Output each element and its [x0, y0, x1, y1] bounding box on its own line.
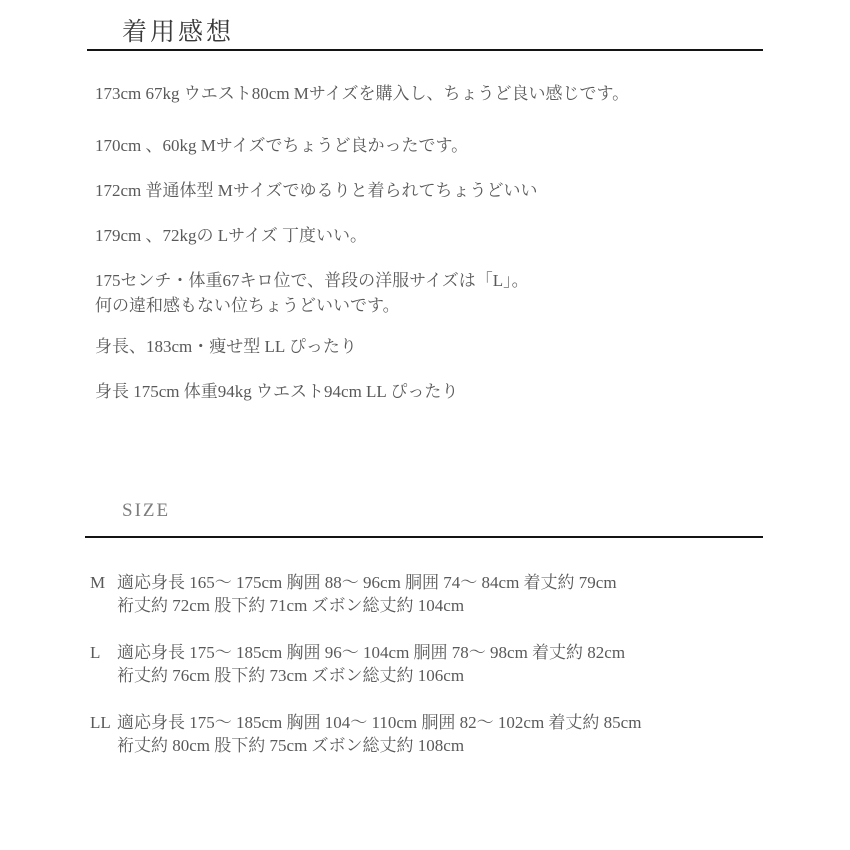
size-row-ll: LL 適応身長 175～ 185cm 胸囲 104～ 110cm 胴囲 82～ …: [90, 711, 780, 757]
size-row-label: L: [90, 641, 117, 687]
product-size-review-page: 着用感想 173cm 67kg ウエスト80cm Mサイズを購入し、ちょうど良い…: [0, 0, 850, 850]
size-spec-line: 適応身長 175～ 185cm 胸囲 96～ 104cm 胴囲 78～ 98cm…: [117, 641, 625, 664]
reviews-section-title: 着用感想: [122, 12, 234, 48]
reviews-title-divider: [87, 49, 763, 51]
review-line: 身長 175cm 体重94kg ウエスト94cm LL ぴったり: [95, 379, 775, 404]
size-row-specs: 適応身長 175～ 185cm 胸囲 104～ 110cm 胴囲 82～ 102…: [117, 711, 641, 757]
size-row-specs: 適応身長 175～ 185cm 胸囲 96～ 104cm 胴囲 78～ 98cm…: [117, 641, 625, 687]
size-spec-line: 裄丈約 72cm 股下約 71cm ズボン総丈約 104cm: [117, 594, 617, 617]
size-row-label: M: [90, 571, 117, 617]
review-line: 172cm 普通体型 Mサイズでゆるりと着られてちょうどいい: [95, 178, 775, 203]
review-line: 身長、183cm・痩せ型 LL ぴったり: [95, 334, 775, 359]
size-row-label: LL: [90, 711, 117, 757]
review-item: 173cm 67kg ウエスト80cm Mサイズを購入し、ちょうど良い感じです。: [95, 81, 775, 106]
review-item: 170cm 、60kg Mサイズでちょうど良かったです。: [95, 133, 775, 158]
review-item: 身長 175cm 体重94kg ウエスト94cm LL ぴったり: [95, 379, 775, 404]
size-spec-line: 裄丈約 76cm 股下約 73cm ズボン総丈約 106cm: [117, 664, 625, 687]
review-line: 173cm 67kg ウエスト80cm Mサイズを購入し、ちょうど良い感じです。: [95, 81, 775, 106]
review-line: 何の違和感もない位ちょうどいいです。: [95, 293, 775, 318]
review-line: 170cm 、60kg Mサイズでちょうど良かったです。: [95, 133, 775, 158]
size-spec-line: 適応身長 165～ 175cm 胸囲 88～ 96cm 胴囲 74～ 84cm …: [117, 571, 617, 594]
review-item: 179cm 、72kgの Lサイズ 丁度いい。: [95, 223, 775, 248]
review-item: 身長、183cm・痩せ型 LL ぴったり: [95, 334, 775, 359]
review-line: 179cm 、72kgの Lサイズ 丁度いい。: [95, 223, 775, 248]
size-row-m: M 適応身長 165～ 175cm 胸囲 88～ 96cm 胴囲 74～ 84c…: [90, 571, 780, 617]
review-item: 172cm 普通体型 Mサイズでゆるりと着られてちょうどいい: [95, 178, 775, 203]
size-row-specs: 適応身長 165～ 175cm 胸囲 88～ 96cm 胴囲 74～ 84cm …: [117, 571, 617, 617]
size-spec-line: 裄丈約 80cm 股下約 75cm ズボン総丈約 108cm: [117, 734, 641, 757]
review-line: 175センチ・体重67キロ位で、普段の洋服サイズは「L」。: [95, 268, 775, 293]
size-spec-line: 適応身長 175～ 185cm 胸囲 104～ 110cm 胴囲 82～ 102…: [117, 711, 641, 734]
review-item: 175センチ・体重67キロ位で、普段の洋服サイズは「L」。 何の違和感もない位ち…: [95, 268, 775, 318]
size-section-title: SIZE: [122, 500, 170, 522]
size-row-l: L 適応身長 175～ 185cm 胸囲 96～ 104cm 胴囲 78～ 98…: [90, 641, 780, 687]
size-title-divider: [85, 536, 763, 538]
